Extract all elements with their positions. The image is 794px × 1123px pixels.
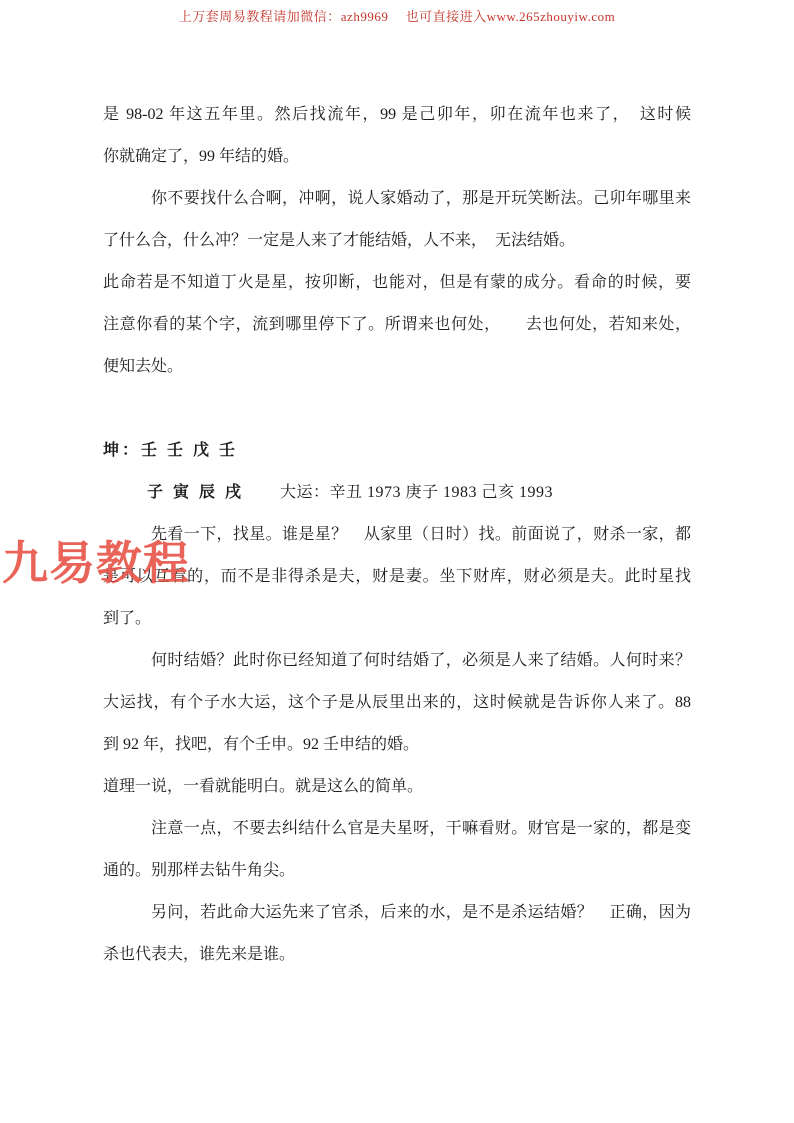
bazi-branches: 子 寅 辰 戌 (147, 484, 244, 501)
text-line: 何时结婚？此时你已经知道了何时结婚了，必须是人来了结婚。人何时来？ (103, 640, 691, 682)
document-page: 上万套周易教程请加微信：azh9969 也可直接进入www.265zhouyiw… (0, 0, 794, 1123)
text-line: 注意你看的某个字，流到哪里停下了。所谓来也何处， 去也何处，若知来处， (103, 304, 691, 346)
text-line: 到了。 (103, 598, 691, 640)
document-body: 是 98-02 年这五年里。然后找流年，99 是己卯年，卯在流年也来了， 这时候… (103, 94, 691, 976)
text-line: 此命若是不知道丁火是星，按卯断，也能对，但是有蒙的成分。看命的时候，要 (103, 262, 691, 304)
bazi-branches-row: 子 寅 辰 戌大运：辛丑 1973 庚子 1983 己亥 1993 (103, 472, 691, 514)
text-line: 了什么合，什么冲？一定是人来了才能结婚，人不来， 无法结婚。 (103, 220, 691, 262)
text-line: 你不要找什么合啊，冲啊，说人家婚动了，那是开玩笑断法。己卯年哪里来 (103, 178, 691, 220)
text-line: 你就确定了，99 年结的婚。 (103, 136, 691, 178)
text-line: 注意一点，不要去纠结什么官是夫星呀，干嘛看财。财官是一家的，都是变 (103, 808, 691, 850)
text-line: 是可以互看的，而不是非得杀是夫，财是妻。坐下财库，财必须是夫。此时星找 (103, 556, 691, 598)
watermark-logo: 九易教程 (2, 536, 190, 591)
text-line: 道理一说，一看就能明白。就是这么的简单。 (103, 766, 691, 808)
blank-line (103, 388, 691, 430)
dayun-luck-cycles: 大运：辛丑 1973 庚子 1983 己亥 1993 (280, 484, 553, 501)
text-line: 另问，若此命大运先来了官杀，后来的水，是不是杀运结婚？ 正确，因为 (103, 892, 691, 934)
text-line: 通的。别那样去钻牛角尖。 (103, 850, 691, 892)
text-line: 是 98-02 年这五年里。然后找流年，99 是己卯年，卯在流年也来了， 这时候 (103, 94, 691, 136)
text-line: 先看一下，找星。谁是星？ 从家里（日时）找。前面说了，财杀一家，都 (103, 514, 691, 556)
text-line: 便知去处。 (103, 346, 691, 388)
text-line: 到 92 年，找吧，有个壬申。92 壬申结的婚。 (103, 724, 691, 766)
text-line: 大运找，有个子水大运，这个子是从辰里出来的，这时候就是告诉你人来了。88 (103, 682, 691, 724)
text-line: 杀也代表夫，谁先来是谁。 (103, 934, 691, 976)
bazi-stems-row: 坤：壬 壬 戊 壬 (103, 430, 691, 472)
page-header-note: 上万套周易教程请加微信：azh9969 也可直接进入www.265zhouyiw… (0, 6, 794, 25)
